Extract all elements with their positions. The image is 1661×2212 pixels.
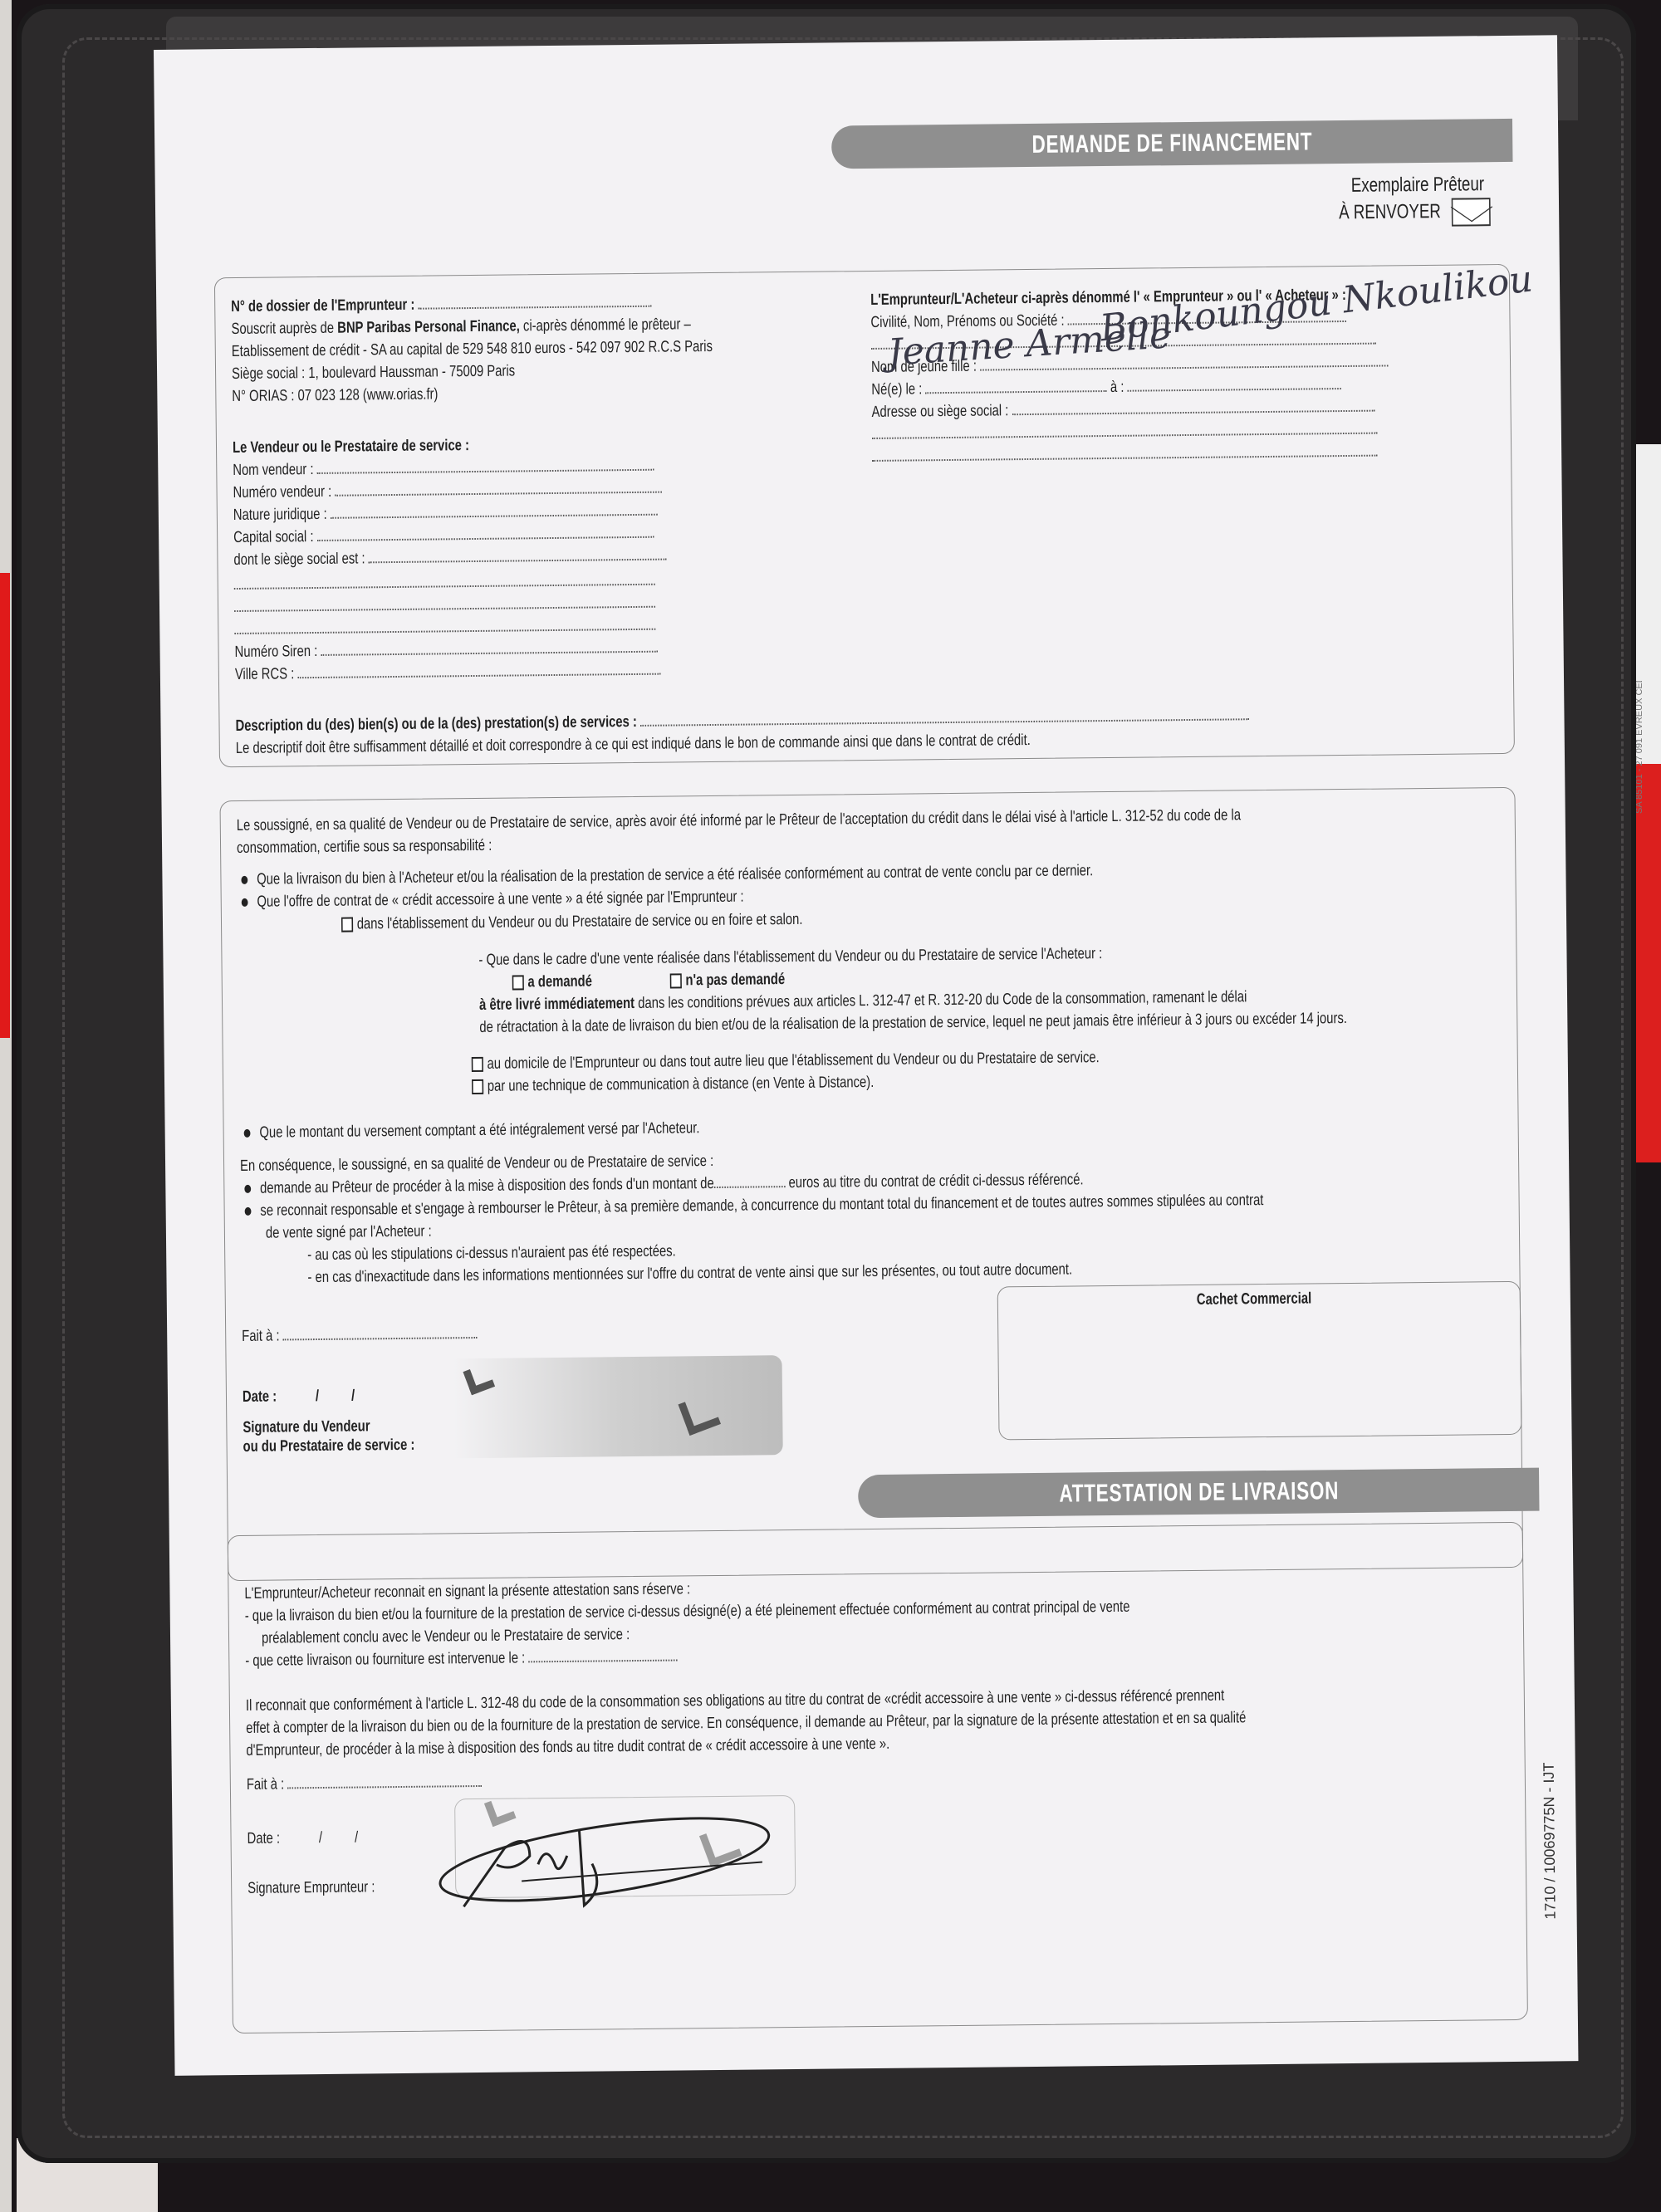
checkbox-asked[interactable] xyxy=(512,975,524,990)
background-surface xyxy=(0,0,12,2212)
checkbox-distance[interactable] xyxy=(472,1079,483,1094)
bullet-icon xyxy=(241,876,247,884)
certification-intro-2: consommation, certifie sous sa responsab… xyxy=(237,837,492,859)
return-label: À RENVOYER xyxy=(1339,198,1491,228)
form-reference-code: 1710 / 10069775N - IJT xyxy=(1541,1762,1560,1919)
vendor-signature-label-2: ou du Prestataire de service : xyxy=(243,1436,415,1457)
copy-label: Exemplaire Prêteur xyxy=(1351,173,1485,198)
bullet-icon xyxy=(244,1185,251,1193)
checkbox-establishment[interactable] xyxy=(341,918,353,932)
option-not-asked[interactable]: n'a pas demandé xyxy=(670,971,786,991)
attestation-title: ATTESTATION DE LIVRAISON xyxy=(1059,1470,1339,1516)
form-title: DEMANDE DE FINANCEMENT xyxy=(1031,120,1312,167)
consequence-2-cont: de vente signé par l'Acheteur : xyxy=(266,1223,432,1244)
vendor-heading: Le Vendeur ou le Prestataire de service … xyxy=(233,437,469,458)
attestation-banner: ATTESTATION DE LIVRAISON xyxy=(858,1468,1539,1519)
borrower-date-field[interactable]: Date :// xyxy=(247,1829,358,1849)
bullet-icon xyxy=(245,1207,252,1216)
bullet-icon xyxy=(244,1129,251,1138)
borrower-signature xyxy=(413,1795,812,1916)
background-legal-text: SA 85101 - 27 091 EVREUX CEDEX · consult… xyxy=(1634,681,1659,814)
envelope-icon xyxy=(1452,198,1491,226)
attestation-item-1-cont: préalablement conclu avec le Vendeur ou … xyxy=(262,1626,630,1648)
vendor-signature-label-1: Signature du Vendeur xyxy=(243,1417,370,1437)
borrower-place-field[interactable]: Fait à : xyxy=(247,1774,483,1795)
vendor-place-field[interactable]: Fait à : xyxy=(242,1325,478,1347)
red-paper-edge-left xyxy=(0,573,10,1038)
checkbox-home[interactable] xyxy=(472,1057,483,1072)
case-1: - au cas où les stipulations ci-dessus n… xyxy=(307,1242,676,1265)
amount-field xyxy=(714,1176,786,1188)
lender-line-4: N° ORIAS : 07 023 128 (www.orias.fr) xyxy=(232,385,438,406)
commercial-stamp-label: Cachet Commercial xyxy=(1197,1290,1312,1309)
checkbox-not-asked[interactable] xyxy=(670,973,682,988)
lender-line-3: Siège social : 1, boulevard Haussman - 7… xyxy=(232,362,515,384)
financing-request-form: DEMANDE DE FINANCEMENT Exemplaire Prêteu… xyxy=(154,35,1578,2076)
option-asked[interactable]: a demandé xyxy=(512,973,592,993)
bullet-icon xyxy=(242,898,248,907)
vendor-date-field[interactable]: Date :// xyxy=(243,1387,355,1407)
borrower-signature-label: Signature Emprunteur : xyxy=(247,1878,375,1898)
title-banner: DEMANDE DE FINANCEMENT xyxy=(831,119,1512,169)
